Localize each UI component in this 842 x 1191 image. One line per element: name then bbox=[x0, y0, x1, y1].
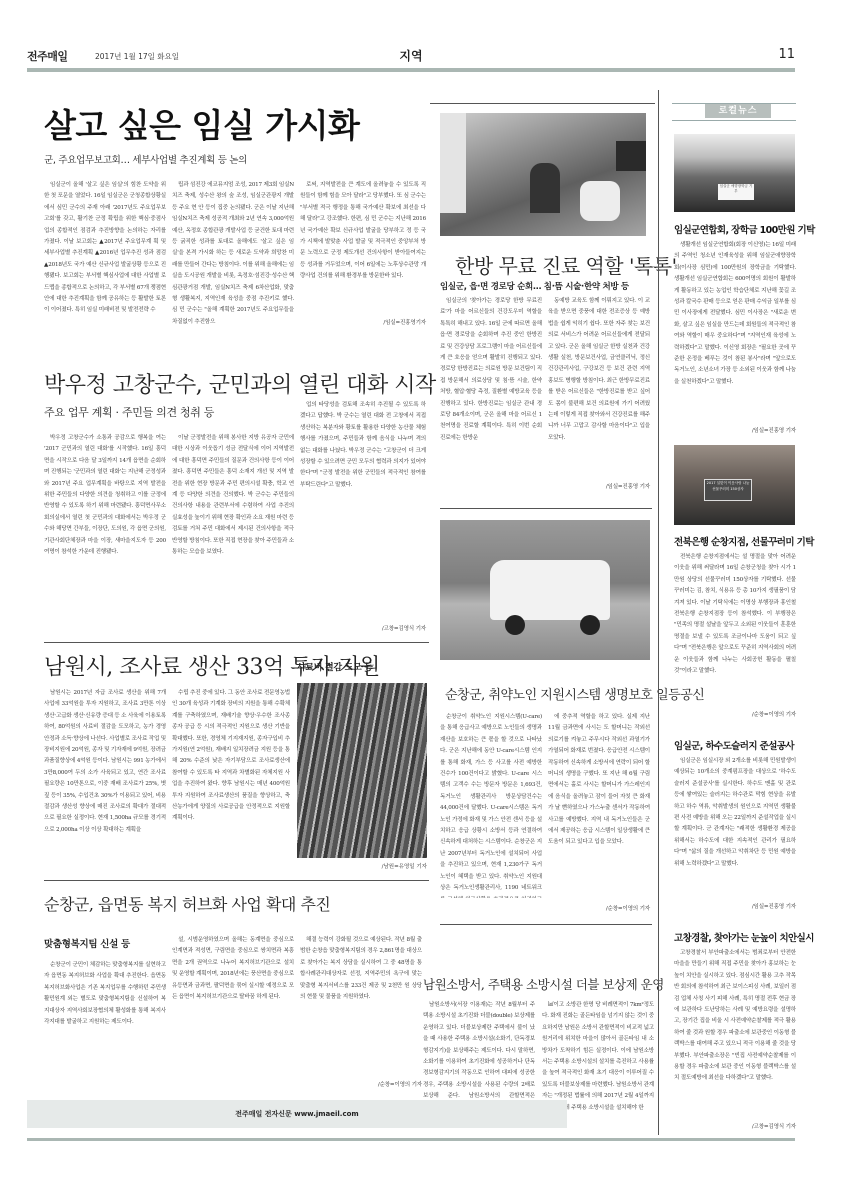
article-body: 생활개선 임실군연합회(회장 이신영)는 16일 미래의 주역인 청소년 인재육… bbox=[674, 240, 796, 434]
article-column: 남원시는 2017년 자급 조사료 생산을 위해 7개 사업에 33억원을 투자… bbox=[44, 688, 166, 868]
donation-sign: 임실군 애향장학금 기부 bbox=[718, 184, 754, 200]
photo-scholarship: 임실군 애향장학금 기부 bbox=[674, 134, 795, 212]
subheadline-oriental-medicine: 임실군, 읍·면 경로당 순회… 침·뜸 시술·한약 처방 등 bbox=[440, 280, 629, 292]
headline-side-scholarship: 임실군연합회, 장학금 100만원 기탁 bbox=[674, 222, 815, 236]
byline: /임실=진홍영 기자 bbox=[548, 482, 650, 493]
headline-gochang: 박우정 고창군수, 군민과의 열린 대화 시작 bbox=[44, 368, 436, 399]
section-title: 지역 bbox=[27, 47, 795, 64]
divider bbox=[672, 120, 796, 121]
local-news-badge: 로컬뉴스 bbox=[705, 104, 771, 118]
column-divider bbox=[658, 90, 659, 1135]
photo-bank-donation: 2017 설맞이 이웃사랑 나눔 선물꾸러미 150상자 bbox=[674, 445, 795, 525]
masthead-rule bbox=[27, 68, 795, 72]
masthead: 전주매일 2017년 1월 17일 화요일 지역 11 bbox=[27, 46, 795, 66]
article-column: 립과 섬진강 에코뮤지엄 조성, 2017 제3회 임실N치즈 축제, 성수산 … bbox=[172, 180, 294, 328]
article-column: 설, 시범운영하였으며 올해는 동계면을 중심으로 인계면과 적성면, 구림면을… bbox=[172, 935, 294, 1092]
headline-namwon-fire: 남원소방서, 주택용 소방시설 더블 보상제 운영 bbox=[423, 975, 664, 993]
photo-oriental-medicine bbox=[440, 113, 646, 236]
bottom-rule bbox=[27, 1138, 795, 1141]
divider bbox=[440, 508, 652, 509]
headline-side-sewer: 임실군, 하수도슬러지 준설공사 bbox=[674, 738, 794, 752]
divider bbox=[440, 924, 652, 925]
article-body: 전북은행 순창지점에서는 설 명절을 맞아 어려운 이웃을 위해 써달라며 16… bbox=[674, 552, 796, 712]
headline-oriental-medicine: 한방 무료 진료 역할 '톡톡' bbox=[455, 250, 677, 279]
article-body: 임실군은 임실시장 외 2개소를 비롯해 민원발생이 예상되는 10개소의 중계… bbox=[674, 756, 796, 904]
article-column: 업의 타당성을 검토해 조속히 추진될 수 있도록 하겠다고 답했다. 박 군수… bbox=[300, 400, 426, 622]
subheadline-gochang: 주요 업무 계획 · 주민들 의견 청취 등 bbox=[44, 404, 214, 420]
byline: /임실=진홍영 기자 bbox=[674, 426, 796, 437]
article-column: 순창군이 취약노인 지원시스템(U-care)을 통해 응급사고 예방으로 노인… bbox=[440, 712, 542, 898]
headline-imsil-main: 살고 싶은 임실 가시화 bbox=[44, 100, 359, 147]
footer-banner: 전주매일 전자신문 www.jmaeil.com bbox=[27, 1100, 567, 1128]
headline-side-bank: 전북은행 순창지점, 선물꾸러미 기탁 bbox=[674, 534, 814, 548]
ambulance-shape bbox=[490, 560, 610, 620]
article-column: 에 중추적 역할을 하고 있다. 실제 지난 11월 금과면에 사시는 도 할머… bbox=[548, 712, 650, 898]
photo-ambulance bbox=[440, 520, 650, 660]
photo-corn-field bbox=[297, 683, 427, 858]
headline-sunchang-welfare: 순창군, 읍면동 복지 허브화 사업 확대 추진 bbox=[44, 892, 330, 915]
subheadline-sunchang-welfare: 맞춤형복지팀 신설 등 bbox=[44, 936, 130, 950]
page-number: 11 bbox=[778, 47, 795, 62]
donation-sign: 2017 설맞이 이웃사랑 나눔 선물꾸러미 150상자 bbox=[704, 479, 752, 501]
article-column: 이날 군정발전을 위해 봉사한 지방 유공자 군민에 대한 시상과 이웃돕기 성… bbox=[172, 433, 294, 633]
subheadline-imsil-main: 군, 주요업무보고회… 세부사업별 추진계획 등 논의 bbox=[44, 152, 247, 166]
banner-in-photo bbox=[440, 113, 466, 213]
subheadline-namwon-feed: 사료비 절감 도모 등 bbox=[297, 660, 373, 673]
article-column: 박우정 고창군수가 소통과 공감으로 행복을 여는 '2017 군민과의 열린 … bbox=[44, 433, 166, 633]
article-column: 순창군이 군민이 체감하는 맞춤형복지를 실현하고자 읍면동 복지허브화 사업을… bbox=[44, 960, 166, 1092]
article-column: 임실군이 올해 '살고 싶은 임실'의 힘찬 도약을 위한 첫 포문을 열었다.… bbox=[44, 180, 166, 328]
article-column: 수립 추진 중에 있다. 그 동안 조사료 전문영농법인 30개 육성과 기계화… bbox=[172, 688, 290, 868]
photo-caption: /남원=유영일 기자 bbox=[297, 862, 427, 870]
byline: /임실=진홍영기자 bbox=[300, 318, 426, 329]
byline: /순창=이영의 기자 bbox=[300, 1080, 422, 1091]
article-column: 해결 능력이 강화될 것으로 예상된다. 작년 8월 출범한 순창읍 맞춤형복지… bbox=[300, 935, 422, 1085]
byline: /고창=김영식 기자 bbox=[674, 1122, 796, 1133]
divider bbox=[44, 642, 429, 643]
article-column: 로써, 지역발전을 큰 계도에 올려놓을 수 있도록 직원들이 함께 힘을 모아… bbox=[300, 180, 426, 316]
byline: /순창=이영의 기자 bbox=[548, 904, 650, 915]
article-body: 고창경찰서 부안파출소에서는 범죄로부터 안전한 마을을 만들기 위해 직접 주… bbox=[674, 948, 796, 1124]
byline: /고창=김영식 기자 bbox=[300, 624, 426, 635]
article-column: 임실군의 '찾아가는 경로당 한방 무료진료'가 마을 어르신들의 건강도우미 … bbox=[440, 296, 542, 476]
article-column: 동예방 교육도 함께 이뤄지고 있다. 이 교육을 받으면 중풍에 대한 전조증… bbox=[548, 296, 650, 464]
divider bbox=[430, 103, 655, 104]
byline: /임실=진홍영 기자 bbox=[674, 902, 796, 913]
divider bbox=[44, 880, 429, 881]
headline-side-police: 고창경찰, 찾아가는 눈높이 치안실시 bbox=[674, 930, 814, 944]
headline-sunchang-elderly: 순창군, 취약노인 지원시스템 생명보호 일등공신 bbox=[445, 684, 704, 703]
byline: /순창=이영의 기자 bbox=[674, 710, 796, 721]
